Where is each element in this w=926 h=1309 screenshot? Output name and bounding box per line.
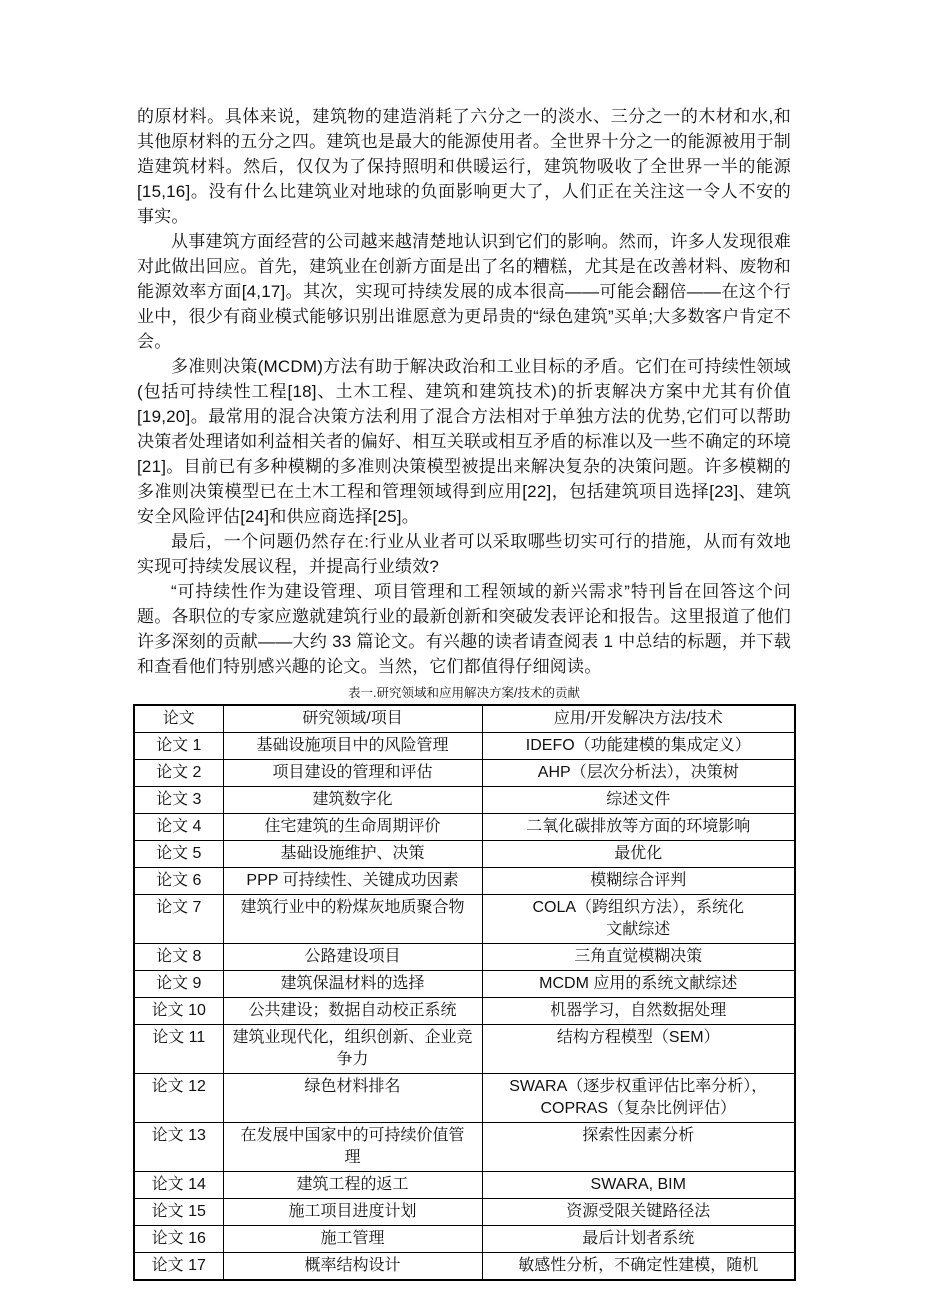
method-cell: 资源受限关键路径法 [482,1199,795,1226]
paper-id-cell: 论文 11 [134,1025,223,1074]
table-row: 论文 4住宅建筑的生命周期评价二氧化碳排放等方面的环境影响 [134,814,795,841]
paragraph: “可持续性作为建设管理、项目管理和工程领域的新兴需求”特刊旨在回答这个问题。各职… [137,579,791,679]
research-area-cell: 公路建设项目 [223,944,482,971]
research-area-cell: 建筑行业中的粉煤灰地质聚合物 [223,895,482,944]
method-cell: 敏感性分析，不确定性建模，随机 [482,1253,795,1281]
paper-id-cell: 论文 5 [134,841,223,868]
method-cell: COLA（跨组织方法），系统化 文献综述 [482,895,795,944]
research-area-cell: 公共建设；数据自动校正系统 [223,998,482,1025]
paper-id-cell: 论文 9 [134,971,223,998]
research-area-cell: PPP 可持续性、关键成功因素 [223,868,482,895]
method-cell: 探索性因素分析 [482,1123,795,1172]
research-area-cell: 施工项目进度计划 [223,1199,482,1226]
method-cell: AHP（层次分析法），决策树 [482,760,795,787]
method-cell: 模糊综合评判 [482,868,795,895]
paper-id-cell: 论文 16 [134,1226,223,1253]
paper-id-cell: 论文 10 [134,998,223,1025]
method-cell: 机器学习，自然数据处理 [482,998,795,1025]
table-row: 论文 9建筑保温材料的选择MCDM 应用的系统文献综述 [134,971,795,998]
research-area-cell: 建筑数字化 [223,787,482,814]
research-area-cell: 建筑保温材料的选择 [223,971,482,998]
method-cell: MCDM 应用的系统文献综述 [482,971,795,998]
paper-id-cell: 论文 15 [134,1199,223,1226]
table-row: 论文 8公路建设项目三角直觉模糊决策 [134,944,795,971]
paper-id-cell: 论文 8 [134,944,223,971]
table-row: 论文 5基础设施维护、决策最优化 [134,841,795,868]
paper-id-cell: 论文 2 [134,760,223,787]
document-page: 的原材料。具体来说，建筑物的建造消耗了六分之一的淡水、三分之一的木材和水,和其他… [0,0,926,1309]
paper-id-cell: 论文 1 [134,733,223,760]
paper-id-cell: 论文 14 [134,1172,223,1199]
table-row: 论文 17概率结构设计敏感性分析，不确定性建模，随机 [134,1253,795,1281]
method-cell: 最优化 [482,841,795,868]
table-row: 论文 11建筑业现代化，组织创新、企业竞 争力结构方程模型（SEM） [134,1025,795,1074]
column-header: 应用/开发解决方法/技术 [482,705,795,733]
method-cell: 结构方程模型（SEM） [482,1025,795,1074]
paper-id-cell: 论文 12 [134,1074,223,1123]
papers-table-header: 论文研究领域/项目应用/开发解决方法/技术 [134,705,795,733]
method-cell: 三角直觉模糊决策 [482,944,795,971]
paper-id-cell: 论文 17 [134,1253,223,1281]
table-row: 论文 7建筑行业中的粉煤灰地质聚合物COLA（跨组织方法），系统化 文献综述 [134,895,795,944]
papers-table: 论文研究领域/项目应用/开发解决方法/技术 论文 1基础设施项目中的风险管理ID… [133,704,796,1281]
table-row: 论文 1基础设施项目中的风险管理IDEFO（功能建模的集成定义） [134,733,795,760]
research-area-cell: 绿色材料排名 [223,1074,482,1123]
research-area-cell: 住宅建筑的生命周期评价 [223,814,482,841]
paragraph: 多准则决策(MCDM)方法有助于解决政治和工业目标的矛盾。它们在可持续性领域(包… [137,354,791,529]
method-cell: SWARA（逐步权重评估比率分析）， COPRAS（复杂比例评估） [482,1074,795,1123]
page-content: 的原材料。具体来说，建筑物的建造消耗了六分之一的淡水、三分之一的木材和水,和其他… [137,104,791,1281]
research-area-cell: 建筑工程的返工 [223,1172,482,1199]
research-area-cell: 基础设施项目中的风险管理 [223,733,482,760]
table-row: 论文 10公共建设；数据自动校正系统机器学习，自然数据处理 [134,998,795,1025]
research-area-cell: 概率结构设计 [223,1253,482,1281]
table-row: 论文 6PPP 可持续性、关键成功因素模糊综合评判 [134,868,795,895]
method-cell: IDEFO（功能建模的集成定义） [482,733,795,760]
paper-id-cell: 论文 4 [134,814,223,841]
research-area-cell: 项目建设的管理和评估 [223,760,482,787]
table-caption: 表一.研究领域和应用解决方案/技术的贡献 [137,683,791,701]
method-cell: 最后计划者系统 [482,1226,795,1253]
body-paragraphs: 的原材料。具体来说，建筑物的建造消耗了六分之一的淡水、三分之一的木材和水,和其他… [137,104,791,679]
method-cell: SWARA, BIM [482,1172,795,1199]
research-area-cell: 施工管理 [223,1226,482,1253]
paper-id-cell: 论文 13 [134,1123,223,1172]
research-area-cell: 基础设施维护、决策 [223,841,482,868]
column-header: 研究领域/项目 [223,705,482,733]
paragraph: 最后，一个问题仍然存在:行业从业者可以采取哪些切实可行的措施，从而有效地实现可持… [137,529,791,579]
paper-id-cell: 论文 6 [134,868,223,895]
research-area-cell: 建筑业现代化，组织创新、企业竞 争力 [223,1025,482,1074]
table-row: 论文 12绿色材料排名SWARA（逐步权重评估比率分析）， COPRAS（复杂比… [134,1074,795,1123]
paragraph: 从事建筑方面经营的公司越来越清楚地认识到它们的影响。然而，许多人发现很难对此做出… [137,229,791,354]
research-area-cell: 在发展中国家中的可持续价值管 理 [223,1123,482,1172]
papers-table-body: 论文 1基础设施项目中的风险管理IDEFO（功能建模的集成定义）论文 2项目建设… [134,733,795,1281]
table-row: 论文 16施工管理最后计划者系统 [134,1226,795,1253]
method-cell: 二氧化碳排放等方面的环境影响 [482,814,795,841]
table-header-row: 论文研究领域/项目应用/开发解决方法/技术 [134,705,795,733]
paper-id-cell: 论文 3 [134,787,223,814]
paper-id-cell: 论文 7 [134,895,223,944]
method-cell: 综述文件 [482,787,795,814]
column-header: 论文 [134,705,223,733]
table-row: 论文 15施工项目进度计划资源受限关键路径法 [134,1199,795,1226]
table-row: 论文 14建筑工程的返工SWARA, BIM [134,1172,795,1199]
table-row: 论文 13在发展中国家中的可持续价值管 理探索性因素分析 [134,1123,795,1172]
paragraph: 的原材料。具体来说，建筑物的建造消耗了六分之一的淡水、三分之一的木材和水,和其他… [137,104,791,229]
table-row: 论文 2项目建设的管理和评估AHP（层次分析法），决策树 [134,760,795,787]
table-row: 论文 3建筑数字化综述文件 [134,787,795,814]
